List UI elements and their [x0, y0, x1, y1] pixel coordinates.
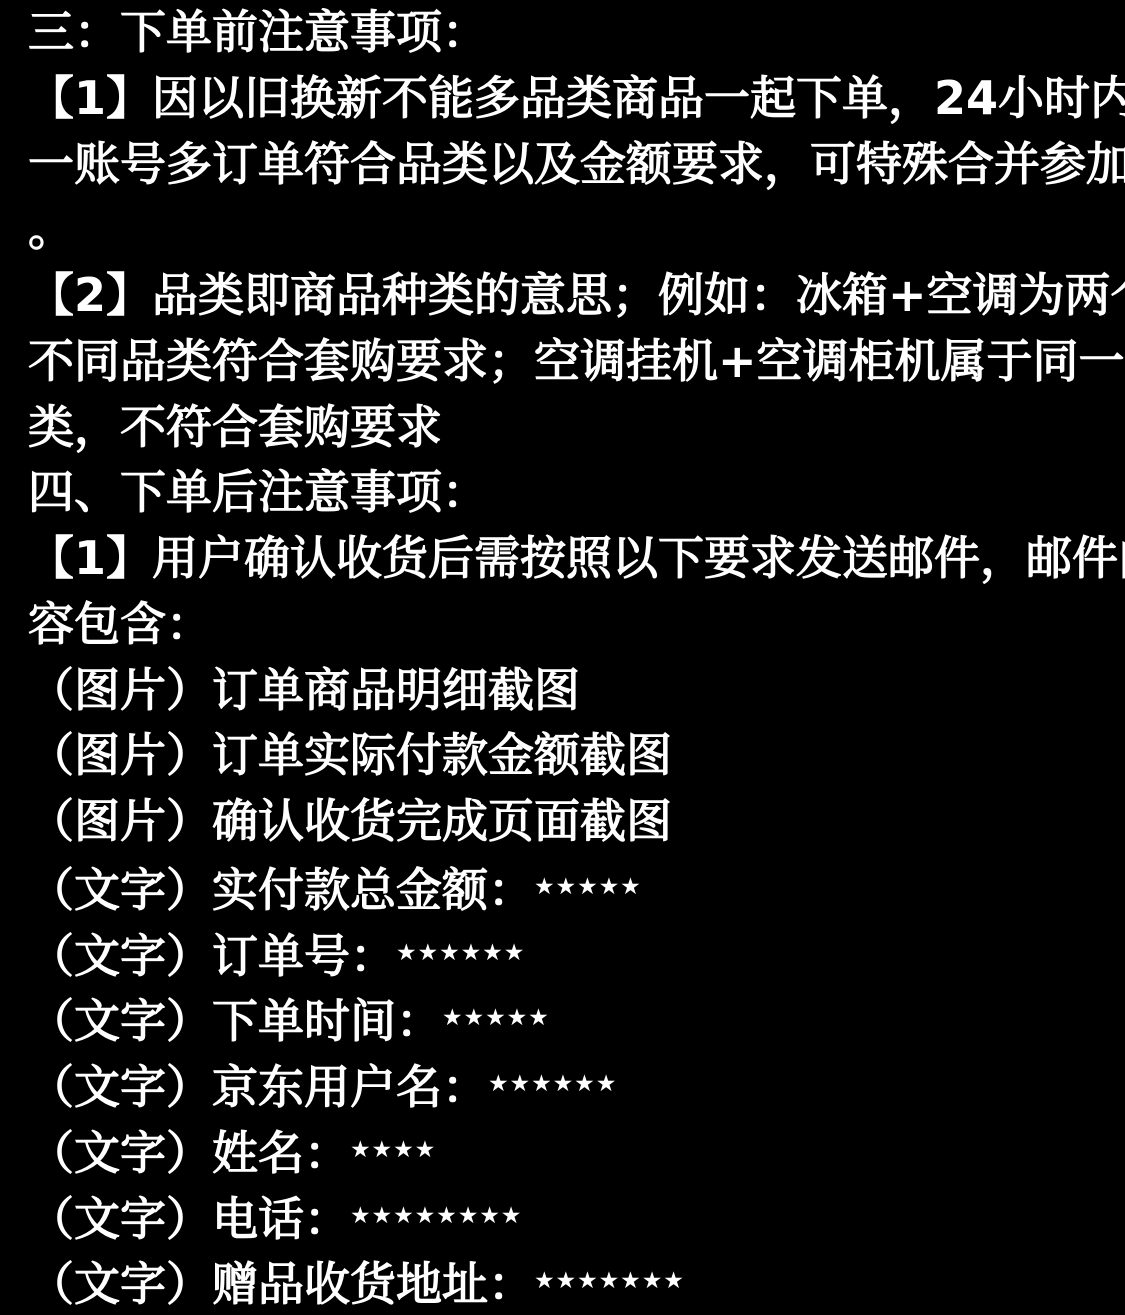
text-line: （文字）订单号：★★★★★★: [28, 921, 1115, 987]
text-line: （文字）下单时间：★★★★★: [28, 986, 1115, 1052]
notice-page: 三：下单前注意事项：【1】因以旧换新不能多品类商品一起下单，24小时内同一账号多…: [0, 0, 1125, 1315]
line-text: （文字）订单号：: [28, 928, 396, 982]
masked-value: ★★★★★★: [396, 940, 525, 966]
line-text: 【1】用户确认收货后需按照以下要求发送邮件，邮件内: [28, 531, 1125, 585]
text-line: 四、下单后注意事项：: [28, 460, 1115, 526]
masked-value: ★★★★★★★★: [350, 1203, 522, 1229]
line-text: 一账号多订单符合品类以及金额要求，可特殊合并参加: [28, 137, 1125, 191]
text-line: 。: [28, 197, 1115, 263]
line-text: （文字）赠品收货地址：: [28, 1257, 534, 1311]
text-line: （文字）赠品收货地址：★★★★★★★: [28, 1249, 1115, 1315]
text-line: （文字）实付款总金额：★★★★★: [28, 855, 1115, 921]
line-text: 【1】因以旧换新不能多品类商品一起下单，24小时内同: [28, 71, 1125, 125]
text-line: 不同品类符合套购要求；空调挂机+空调柜机属于同一品: [28, 329, 1115, 395]
line-text: （文字）电话：: [28, 1191, 350, 1245]
text-line: 一账号多订单符合品类以及金额要求，可特殊合并参加: [28, 132, 1115, 198]
line-text: （文字）下单时间：: [28, 994, 442, 1048]
line-text: 三：下单前注意事项：: [28, 5, 488, 59]
masked-value: ★★★★★: [534, 874, 642, 900]
text-line: 【1】用户确认收货后需按照以下要求发送邮件，邮件内: [28, 526, 1115, 592]
line-text: 类，不符合套购要求: [28, 400, 442, 454]
masked-value: ★★★★★★: [488, 1071, 617, 1097]
masked-value: ★★★★★: [442, 1005, 550, 1031]
text-line: 【2】品类即商品种类的意思；例如：冰箱+空调为两个: [28, 263, 1115, 329]
text-line: 类，不符合套购要求: [28, 395, 1115, 461]
notice-text: 三：下单前注意事项：【1】因以旧换新不能多品类商品一起下单，24小时内同一账号多…: [28, 0, 1115, 1315]
line-text: （图片）订单实际付款金额截图: [28, 728, 672, 782]
masked-value: ★★★★★★★: [534, 1268, 685, 1294]
text-line: （文字）姓名：★★★★: [28, 1118, 1115, 1184]
line-text: 。: [28, 202, 74, 256]
text-line: （文字）京东用户名：★★★★★★: [28, 1052, 1115, 1118]
text-line: 三：下单前注意事项：: [28, 0, 1115, 66]
text-line: 【1】因以旧换新不能多品类商品一起下单，24小时内同: [28, 66, 1115, 132]
line-text: 四、下单后注意事项：: [28, 465, 488, 519]
text-line: （图片）确认收货完成页面截图: [28, 789, 1115, 855]
line-text: （图片）订单商品明细截图: [28, 663, 580, 717]
line-text: （文字）京东用户名：: [28, 1060, 488, 1114]
line-text: 【2】品类即商品种类的意思；例如：冰箱+空调为两个: [28, 268, 1125, 322]
text-line: （文字）电话：★★★★★★★★: [28, 1184, 1115, 1250]
line-text: （文字）姓名：: [28, 1126, 350, 1180]
line-text: （图片）确认收货完成页面截图: [28, 794, 672, 848]
text-line: 容包含：: [28, 592, 1115, 658]
line-text: （文字）实付款总金额：: [28, 863, 534, 917]
line-text: 容包含：: [28, 597, 212, 651]
masked-value: ★★★★: [350, 1137, 436, 1163]
line-text: 不同品类符合套购要求；空调挂机+空调柜机属于同一品: [28, 334, 1125, 388]
text-line: （图片）订单实际付款金额截图: [28, 723, 1115, 789]
text-line: （图片）订单商品明细截图: [28, 658, 1115, 724]
